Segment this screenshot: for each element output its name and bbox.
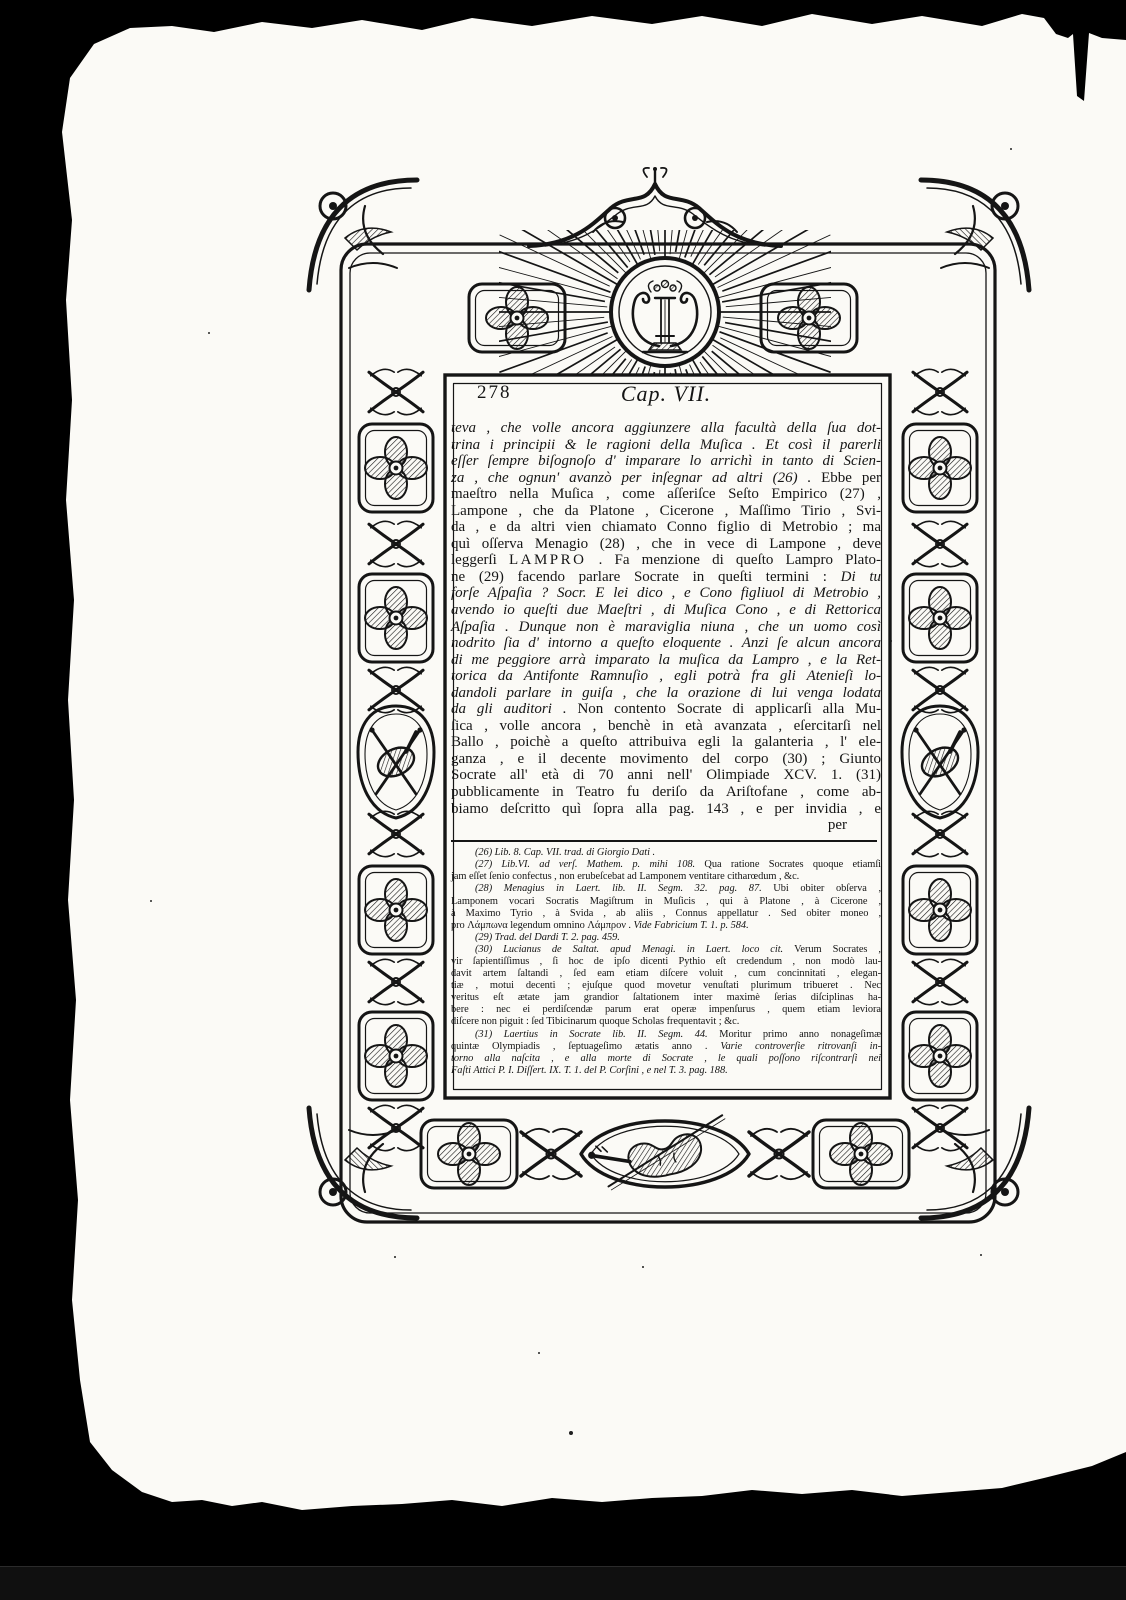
footnote-line: veritus eſt ætate jam grandior ſaltation… — [451, 992, 881, 1004]
text-line: maeſtro nella Muſica , come aſſeriſce Se… — [451, 486, 881, 503]
text-line: eſſer ſempre biſognoſo d' imparare lo ar… — [451, 453, 881, 470]
footnote-line: (27) Lib.VI. ad verſ. Mathem. p. mihi 10… — [451, 859, 881, 871]
footnote-line: (28) Menagius in Laert. lib. II. Segm. 3… — [451, 883, 881, 895]
scanned-book-page: 278 Cap. VII. teva , che volle ancora ag… — [0, 0, 1126, 1600]
text-line: Lampone , che da Platone , Cicerone , Ma… — [451, 503, 881, 520]
text-line: nodrito ſia d' intorno a queſto eloquent… — [451, 635, 881, 652]
footnote-line: vir ſapientiſſimus , ſi hoc de ipſo dice… — [451, 956, 881, 968]
footnote-line: diſcere non piguit : ſed Tibicinarum quo… — [451, 1016, 881, 1028]
footnote-line: torno alla naſcita , e alla morte di Soc… — [451, 1053, 881, 1065]
text-line: di me peggiore arrà imparato la muſica d… — [451, 652, 881, 669]
main-text-block: teva , che volle ancora aggiunzere alla … — [451, 420, 881, 817]
footnote-line: (26) Lib. 8. Cap. VII. trad. di Giorgio … — [451, 847, 881, 859]
lyre-medallion — [611, 258, 719, 366]
text-line: dandoli parlare in guiſa , che la orazio… — [451, 685, 881, 702]
footnote-line: jam eſſet ſenio confectus , non erubeſce… — [451, 871, 881, 883]
footnote-line: pro Λάμπωνα legendum omnino Λάμπρον . Vi… — [451, 920, 881, 932]
text-line: teva , che volle ancora aggiunzere alla … — [451, 420, 881, 437]
text-line: quì oſſerva Menagio (28) , che in vece d… — [451, 536, 881, 553]
right-border-band — [902, 369, 978, 1150]
text-line: trina i principii & le ragioni della Muſ… — [451, 437, 881, 454]
text-line: Ballo , poichè a queſto attribuiva egli … — [451, 734, 881, 751]
text-line: avendo io queſti due Maeſtri , di Muſica… — [451, 602, 881, 619]
footnote-line: tiæ , motui decenti ; ejuſque quod movet… — [451, 980, 881, 992]
footnote-line: Lamponem vocari Socratis Magiſtrum in Mu… — [451, 896, 881, 908]
page-number: 278 — [477, 382, 512, 404]
chapter-heading: Cap. VII. — [621, 381, 711, 406]
text-line: za , che ognun' avanzò per inſegnar ad a… — [451, 470, 881, 487]
footnote-line: bere : nec ei perdiſcendæ parum erat ope… — [451, 1004, 881, 1016]
text-line: ſica , volle ancora , benchè in età avan… — [451, 718, 881, 735]
footnote-line: (31) Laertius in Socrate lib. II. Segm. … — [451, 1029, 881, 1041]
text-line: ne (29) facendo parlare Socrate in queſt… — [451, 569, 881, 586]
left-border-band — [358, 369, 434, 1150]
text-line: biamo deſcritto quì ſopra alla pag. 143 … — [451, 801, 881, 818]
footnote-line: (29) Trad. del Dardi T. 2. pag. 459. — [451, 932, 881, 944]
catchword: per — [451, 817, 881, 834]
page-header: 278 Cap. VII. — [451, 377, 881, 415]
bottom-border-band — [421, 1115, 909, 1193]
text-line: pubblicamente in Teatro fu deriſo da Ari… — [451, 784, 881, 801]
footnote-line: quintæ Olympiadis , ſeptuageſimo ætatis … — [451, 1041, 881, 1053]
text-line: ganza , e il decente movimento del corpo… — [451, 751, 881, 768]
text-line: Socrate all' età di 70 anni nell' Olimpi… — [451, 767, 881, 784]
footnote-line: à Maximo Tyrio , à Svida , ab aliis , Co… — [451, 908, 881, 920]
footnote-line: Faſti Attici P. I. Diſſert. IX. T. 1. de… — [451, 1065, 881, 1077]
text-line: da gli auditori . Non contento Socrate d… — [451, 701, 881, 718]
footnotes-block: (26) Lib. 8. Cap. VII. trad. di Giorgio … — [451, 847, 881, 1077]
text-line: leggerſi LAMPRO . Fa menzione di queſto … — [451, 552, 881, 569]
footnote-line: (30) Lucianus de Saltat. apud Menagi. in… — [451, 944, 881, 956]
text-line: torica da Antifonte Ramnuſio , egli potr… — [451, 668, 881, 685]
text-panel: 278 Cap. VII. teva , che volle ancora ag… — [451, 377, 881, 1100]
scan-noise-specks — [394, 1256, 396, 1258]
text-line: forſe Aſpaſia ? Socr. E lei dico , e Con… — [451, 585, 881, 602]
footnote-line: davit artem ſaltandi , ſed eam etiam diſ… — [451, 968, 881, 980]
scanner-bed-strip — [0, 1566, 1126, 1600]
text-line: Aſpaſia . Dunque non è maraviglia niuna … — [451, 619, 881, 636]
footnote-separator-rule — [451, 840, 877, 842]
text-line: da , e da altri vien chiamato Conno figl… — [451, 519, 881, 536]
